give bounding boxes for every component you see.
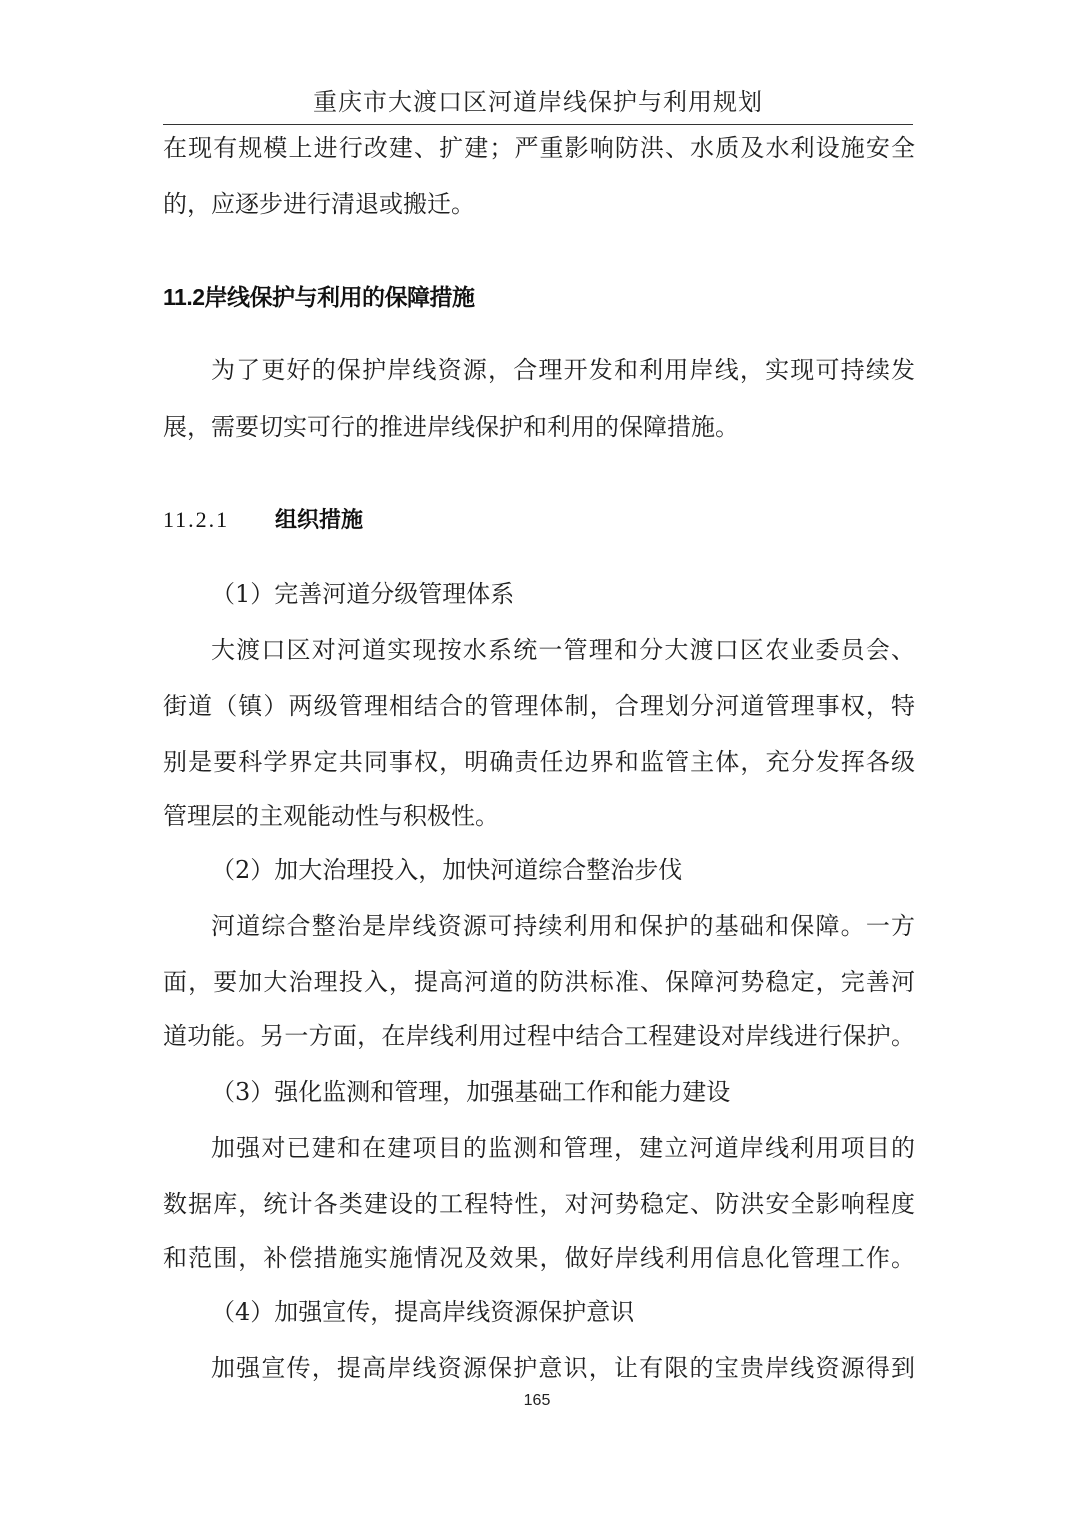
body-line: 别是要科学界定共同事权，明确责任边界和监管主体，充分发挥各级 <box>163 742 915 782</box>
item-heading: （1）完善河道分级管理体系 <box>163 574 915 614</box>
body-line: 数据库，统计各类建设的工程特性，对河势稳定、防洪安全影响程度 <box>163 1184 915 1224</box>
running-header: 重庆市大渡口区河道岸线保护与利用规划 <box>163 86 913 118</box>
header-rule <box>163 124 913 125</box>
body-line: 大渡口区对河道实现按水系统一管理和分大渡口区农业委员会、 <box>163 630 915 670</box>
body-line: 管理层的主观能动性与积极性。 <box>163 796 915 836</box>
body-line: 展，需要切实可行的推进岸线保护和利用的保障措施。 <box>163 407 915 447</box>
subsection-heading: 11.2.1组织措施 <box>163 503 363 537</box>
item-heading: （3）强化监测和管理，加强基础工作和能力建设 <box>163 1072 915 1112</box>
section-heading: 11.2岸线保护与利用的保障措施 <box>163 280 475 314</box>
page-number: 165 <box>0 1392 1074 1410</box>
body-line: 在现有规模上进行改建、扩建；严重影响防洪、水质及水利设施安全 <box>163 128 915 168</box>
body-line: 街道（镇）两级管理相结合的管理体制，合理划分河道管理事权，特 <box>163 686 915 726</box>
body-line: 加强对已建和在建项目的监测和管理，建立河道岸线利用项目的 <box>163 1128 915 1168</box>
body-line: 河道综合整治是岸线资源可持续利用和保护的基础和保障。一方 <box>163 906 915 946</box>
body-line: 道功能。另一方面，在岸线利用过程中结合工程建设对岸线进行保护。 <box>163 1016 915 1056</box>
body-line: 加强宣传，提高岸线资源保护意识，让有限的宝贵岸线资源得到 <box>163 1348 915 1388</box>
document-page: 重庆市大渡口区河道岸线保护与利用规划 在现有规模上进行改建、扩建；严重影响防洪、… <box>0 0 1074 1520</box>
body-line: 和范围，补偿措施实施情况及效果，做好岸线利用信息化管理工作。 <box>163 1238 915 1278</box>
item-heading: （4）加强宣传，提高岸线资源保护意识 <box>163 1292 915 1332</box>
body-line: 为了更好的保护岸线资源，合理开发和利用岸线，实现可持续发 <box>163 350 915 390</box>
subsection-title: 组织措施 <box>275 507 363 533</box>
body-line: 面，要加大治理投入，提高河道的防洪标准、保障河势稳定，完善河 <box>163 962 915 1002</box>
item-heading: （2）加大治理投入，加快河道综合整治步伐 <box>163 850 915 890</box>
body-line: 的，应逐步进行清退或搬迁。 <box>163 184 915 224</box>
subsection-number: 11.2.1 <box>163 503 275 537</box>
